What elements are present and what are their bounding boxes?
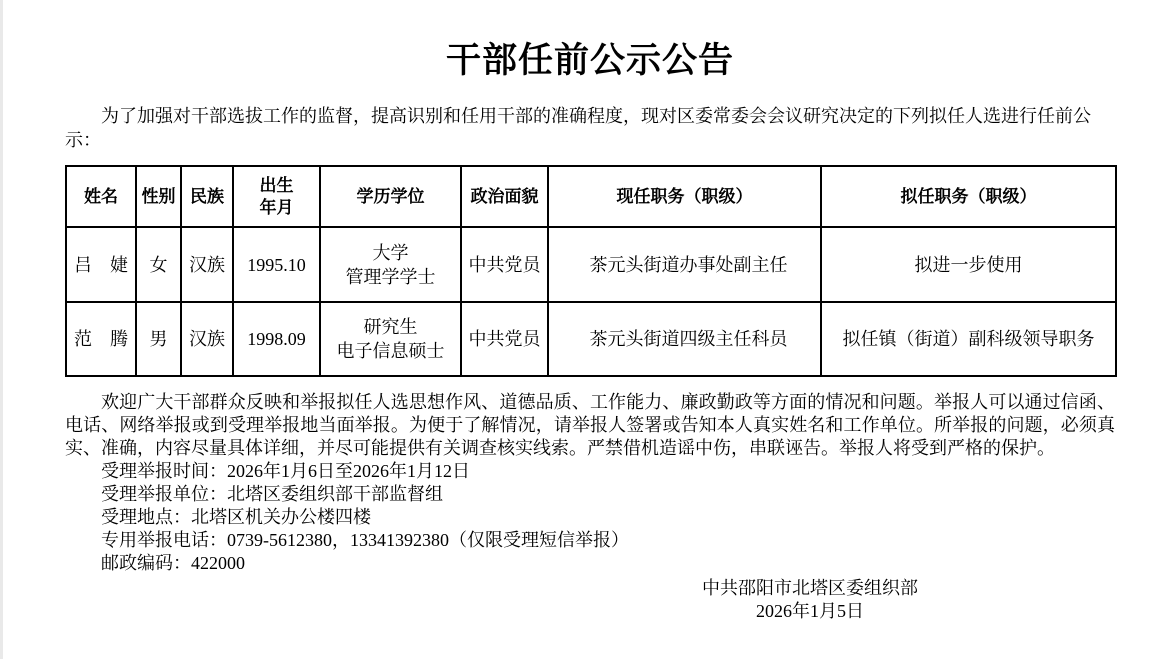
intro-paragraph: 为了加强对干部选拔工作的监督，提高识别和任用干部的准确程度，现对区委常委会会议研… [65,104,1115,152]
signature-block: 中共邵阳市北塔区委组织部 2026年1月5日 [660,577,960,623]
header-political-status: 政治面貌 [461,166,548,227]
report-phone-line: 专用举报电话：0739-5612380，13341392380（仅限受理短信举报… [65,529,1115,552]
table-header-row: 姓名 性别 民族 出生 年月 学历学位 政治面貌 现任职务（职级） 拟任职务（职… [66,166,1116,227]
header-birth-date: 出生 年月 [233,166,320,227]
notice-paragraph: 欢迎广大干部群众反映和举报拟任人选思想作风、道德品质、工作能力、廉政勤政等方面的… [65,391,1115,460]
cell-gender: 男 [136,302,181,376]
header-ethnicity: 民族 [181,166,233,227]
document-body: 干部任前公示公告 为了加强对干部选拔工作的监督，提高识别和任用干部的准确程度，现… [65,0,1115,623]
cell-current-position: 茶元头街道办事处副主任 [548,227,821,302]
header-gender: 性别 [136,166,181,227]
signature-organization: 中共邵阳市北塔区委组织部 [660,577,960,600]
cell-gender: 女 [136,227,181,302]
personnel-table: 姓名 性别 民族 出生 年月 学历学位 政治面貌 现任职务（职级） 拟任职务（职… [65,165,1117,377]
report-unit-line: 受理举报单位：北塔区委组织部干部监督组 [65,483,1115,506]
cell-name: 吕 婕 [66,227,136,302]
cell-ethnicity: 汉族 [181,227,233,302]
report-details: 受理举报时间：2026年1月6日至2026年1月12日 受理举报单位：北塔区委组… [65,460,1115,575]
cell-birth-date: 1995.10 [233,227,320,302]
table-row: 范 腾 男 汉族 1998.09 研究生 电子信息硕士 中共党员 茶元头街道四级… [66,302,1116,376]
cell-political-status: 中共党员 [461,227,548,302]
report-time-line: 受理举报时间：2026年1月6日至2026年1月12日 [65,460,1115,483]
postal-code-line: 邮政编码：422000 [65,552,1115,575]
page-left-edge [0,0,3,659]
cell-birth-date: 1998.09 [233,302,320,376]
cell-current-position: 茶元头街道四级主任科员 [548,302,821,376]
header-proposed-position: 拟任职务（职级） [821,166,1116,227]
table-row: 吕 婕 女 汉族 1995.10 大学 管理学学士 中共党员 茶元头街道办事处副… [66,227,1116,302]
page-title: 干部任前公示公告 [65,40,1115,82]
cell-education: 研究生 电子信息硕士 [320,302,461,376]
header-current-position: 现任职务（职级） [548,166,821,227]
cell-proposed-position: 拟任镇（街道）副科级领导职务 [821,302,1116,376]
header-name: 姓名 [66,166,136,227]
header-education: 学历学位 [320,166,461,227]
cell-proposed-position: 拟进一步使用 [821,227,1116,302]
report-location-line: 受理地点：北塔区机关办公楼四楼 [65,506,1115,529]
cell-name: 范 腾 [66,302,136,376]
cell-political-status: 中共党员 [461,302,548,376]
cell-education: 大学 管理学学士 [320,227,461,302]
cell-ethnicity: 汉族 [181,302,233,376]
signature-date: 2026年1月5日 [660,600,960,623]
